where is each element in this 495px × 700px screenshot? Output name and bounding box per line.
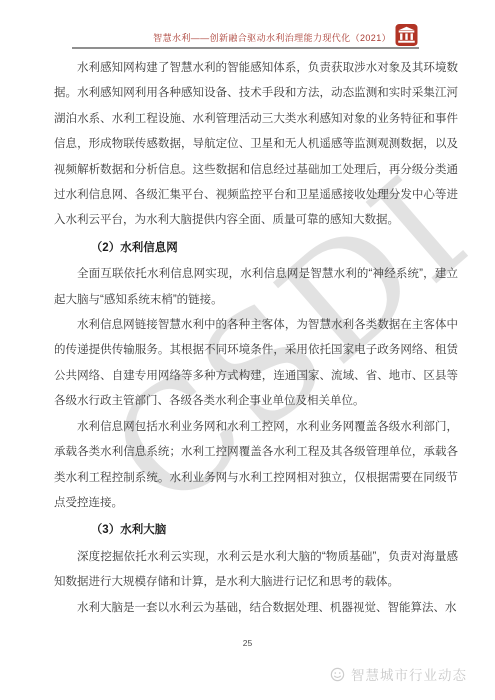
paragraph: 全面互联依托水利信息网实现，水利信息网是智慧水利的“神经系统”，建立起大脑与“感…	[54, 262, 458, 313]
page-number: 25	[0, 638, 495, 648]
footer-brand-label: 智慧城市行业动态	[351, 664, 467, 684]
government-building-icon	[395, 24, 418, 46]
paragraph: 水利大脑是一套以水利云为基础，结合数据处理、机器视觉、智能算法、水	[54, 596, 458, 621]
section-heading: （3）水利大脑	[54, 518, 458, 543]
footer-brand: 智慧城市行业动态	[329, 664, 467, 684]
running-header-title: 智慧水利——创新融合驱动水利治理能力现代化（2021）	[153, 31, 391, 44]
smiley-account-icon	[329, 666, 346, 683]
section-heading: （2）水利信息网	[54, 236, 458, 261]
document-page: CSDI 智慧水利——创新融合驱动水利治理能力现代化（2021） 水利感知网构建…	[0, 0, 495, 700]
header-divider-line	[72, 47, 419, 49]
body-text: 水利感知网构建了智慧水利的智能感知体系，负责获取涉水对象及其环境数据。水利感知网…	[54, 56, 458, 621]
paragraph: 水利感知网构建了智慧水利的智能感知体系，负责获取涉水对象及其环境数据。水利感知网…	[54, 56, 458, 234]
paragraph: 水利信息网链接智慧水利中的各种主客体，为智慧水利各类数据在主客体中的传递提供传输…	[54, 313, 458, 415]
paragraph: 水利信息网包括水利业务网和水利工控网，水利业务网覆盖各级水利部门，承载各类水利信…	[54, 415, 458, 517]
paragraph: 深度挖掘依托水利云实现，水利云是水利大脑的“物质基础”，负责对海量感知数据进行大…	[54, 545, 458, 596]
